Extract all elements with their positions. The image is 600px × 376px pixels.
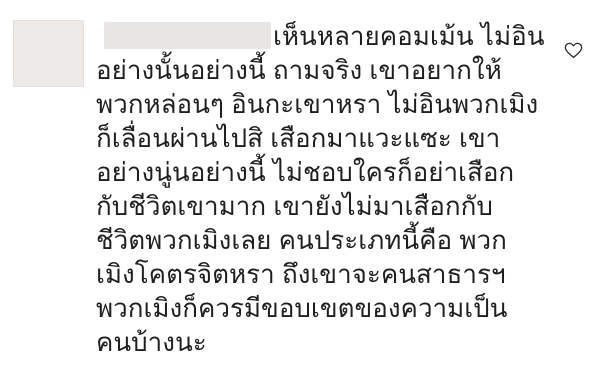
comment: เห็นหลายคอมเม้น ไม่อิน อย่างนั้นอย่างนี้… (0, 0, 600, 359)
comment-first-line: เห็นหลายคอมเม้น ไม่อิน (96, 21, 544, 51)
comment-body: เห็นหลายคอมเม้น ไม่อิน อย่างนั้นอย่างนี้… (96, 19, 548, 359)
comment-screen: เห็นหลายคอมเม้น ไม่อิน อย่างนั้นอย่างนี้… (0, 0, 600, 376)
heart-outline-icon (563, 40, 584, 59)
comment-text: อย่างนั้นอย่างนี้ ถามจริง เขาอยากให้ พวก… (96, 53, 548, 359)
like-column (548, 40, 584, 59)
username-redacted[interactable] (104, 22, 271, 49)
avatar[interactable] (13, 20, 84, 87)
like-button[interactable] (563, 40, 584, 59)
comment-text-first-line: เห็นหลายคอมเม้น ไม่อิน (273, 21, 544, 51)
